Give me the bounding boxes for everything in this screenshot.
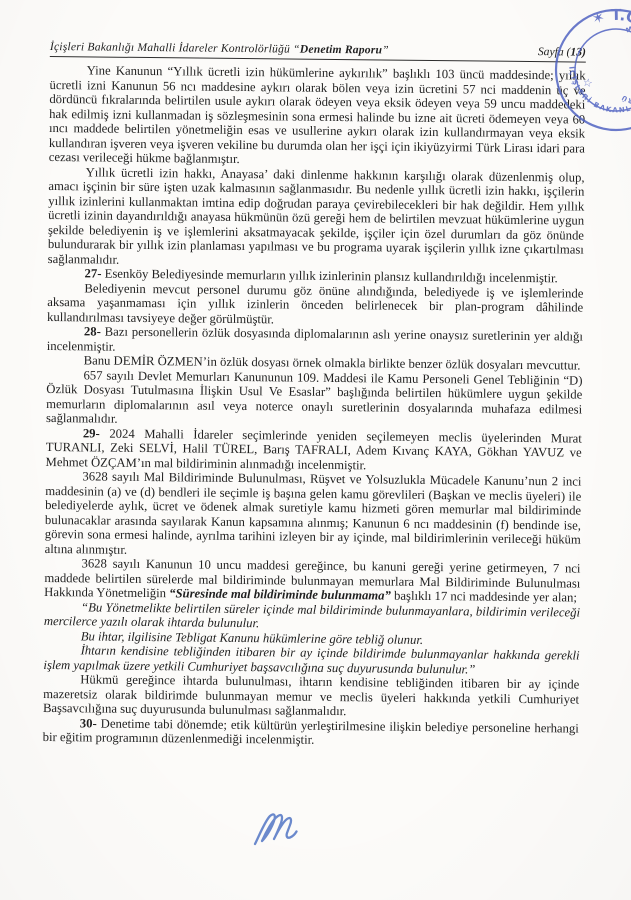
scanned-report-page: İçişleri Bakanlığı Mahalli İdareler Kont… xyxy=(0,0,631,900)
paragraph-15: 30- Denetime tabi dönemde; etik kültürün… xyxy=(43,716,579,751)
text-segment: Belediyenin mevcut personel durumu göz ö… xyxy=(47,281,583,326)
svg-text:MAHALLİ İDARELER KONTROLÖRÜ: MAHALLİ İDARELER KONTROLÖRÜ xyxy=(609,18,631,115)
text-segment: 27- xyxy=(84,267,104,281)
official-stamp-icon: ✶ T.C. ✶ İÇİŞLERİ BAKANLIĞI 102 MAHALLİ … xyxy=(544,2,631,142)
stamp-outer-ring-text: İÇİŞLERİ BAKANLIĞI 102 xyxy=(559,64,631,123)
svg-text:İÇİŞLERİ BAKANLIĞI 102: İÇİŞLERİ BAKANLIĞI 102 xyxy=(559,64,631,123)
document-body: Yine Kanunun “Yıllık ücretli izin hüküml… xyxy=(43,63,586,750)
text-segment: 30- xyxy=(80,716,101,730)
text-segment: başlıklı 17 nci maddesinde yer alan; xyxy=(391,589,577,605)
page-header: İçişleri Bakanlığı Mahalli İdareler Kont… xyxy=(50,40,586,63)
handwritten-signature xyxy=(250,806,314,856)
text-segment: 2024 Mahalli İdareler seçimlerinde yenid… xyxy=(46,427,582,473)
stamp-star-icon: ☆ xyxy=(581,76,593,91)
text-segment: “Bu Yönetmelikte belirtilen süreler için… xyxy=(44,600,580,630)
paragraph-2: Yıllık ücretli izin hakkı, Anayasa’ daki… xyxy=(48,165,585,272)
text-segment: Denetim Raporu xyxy=(300,43,382,57)
text-segment: 28- xyxy=(84,325,105,339)
text-segment: 29- xyxy=(83,426,110,440)
paragraph-7: 657 sayılı Devlet Memurları Kanununun 10… xyxy=(46,368,583,432)
text-segment: İçişleri Bakanlığı Mahalli İdareler Kont… xyxy=(50,40,300,56)
text-segment: ” xyxy=(382,43,389,56)
text-segment: Denetime tabi dönemde; etik kültürün yer… xyxy=(43,717,579,748)
text-segment: Yine Kanunun “Yıllık ücretli izin hüküml… xyxy=(49,64,586,167)
text-segment: Yıllık ücretli izin hakkı, Anayasa’ daki… xyxy=(48,165,585,266)
paragraph-4: Belediyenin mevcut personel durumu göz ö… xyxy=(47,281,583,330)
paragraph-14: Hükmü gereğince ihtarda bulunulması, iht… xyxy=(43,672,579,721)
paragraph-9: 3628 sayılı Mal Bildiriminde Bulunulması… xyxy=(45,469,582,562)
text-segment: Bazı personellerin özlük dosyasında dipl… xyxy=(47,325,583,354)
text-segment: 657 sayılı Devlet Memurları Kanununun 10… xyxy=(46,368,583,426)
text-segment: 3628 sayılı Mal Bildiriminde Bulunulması… xyxy=(45,470,582,557)
paragraph-1: Yine Kanunun “Yıllık ücretli izin hüküml… xyxy=(49,63,586,170)
report-header-title: İçişleri Bakanlığı Mahalli İdareler Kont… xyxy=(50,40,389,58)
text-segment: Hükmü gereğince ihtarda bulunulması, iht… xyxy=(43,673,579,719)
text-segment: İhtarın kendisine tebliğinden itibaren b… xyxy=(43,644,579,677)
paragraph-8: 29- 2024 Mahalli İdareler seçimlerinde y… xyxy=(46,426,582,475)
stamp-inner-ring-text: MAHALLİ İDARELER KONTROLÖRÜ xyxy=(609,18,631,115)
page-content: İçişleri Bakanlığı Mahalli İdareler Kont… xyxy=(43,40,586,751)
paragraph-10: 3628 sayılı Kanunun 10 uncu maddesi gere… xyxy=(44,556,580,605)
